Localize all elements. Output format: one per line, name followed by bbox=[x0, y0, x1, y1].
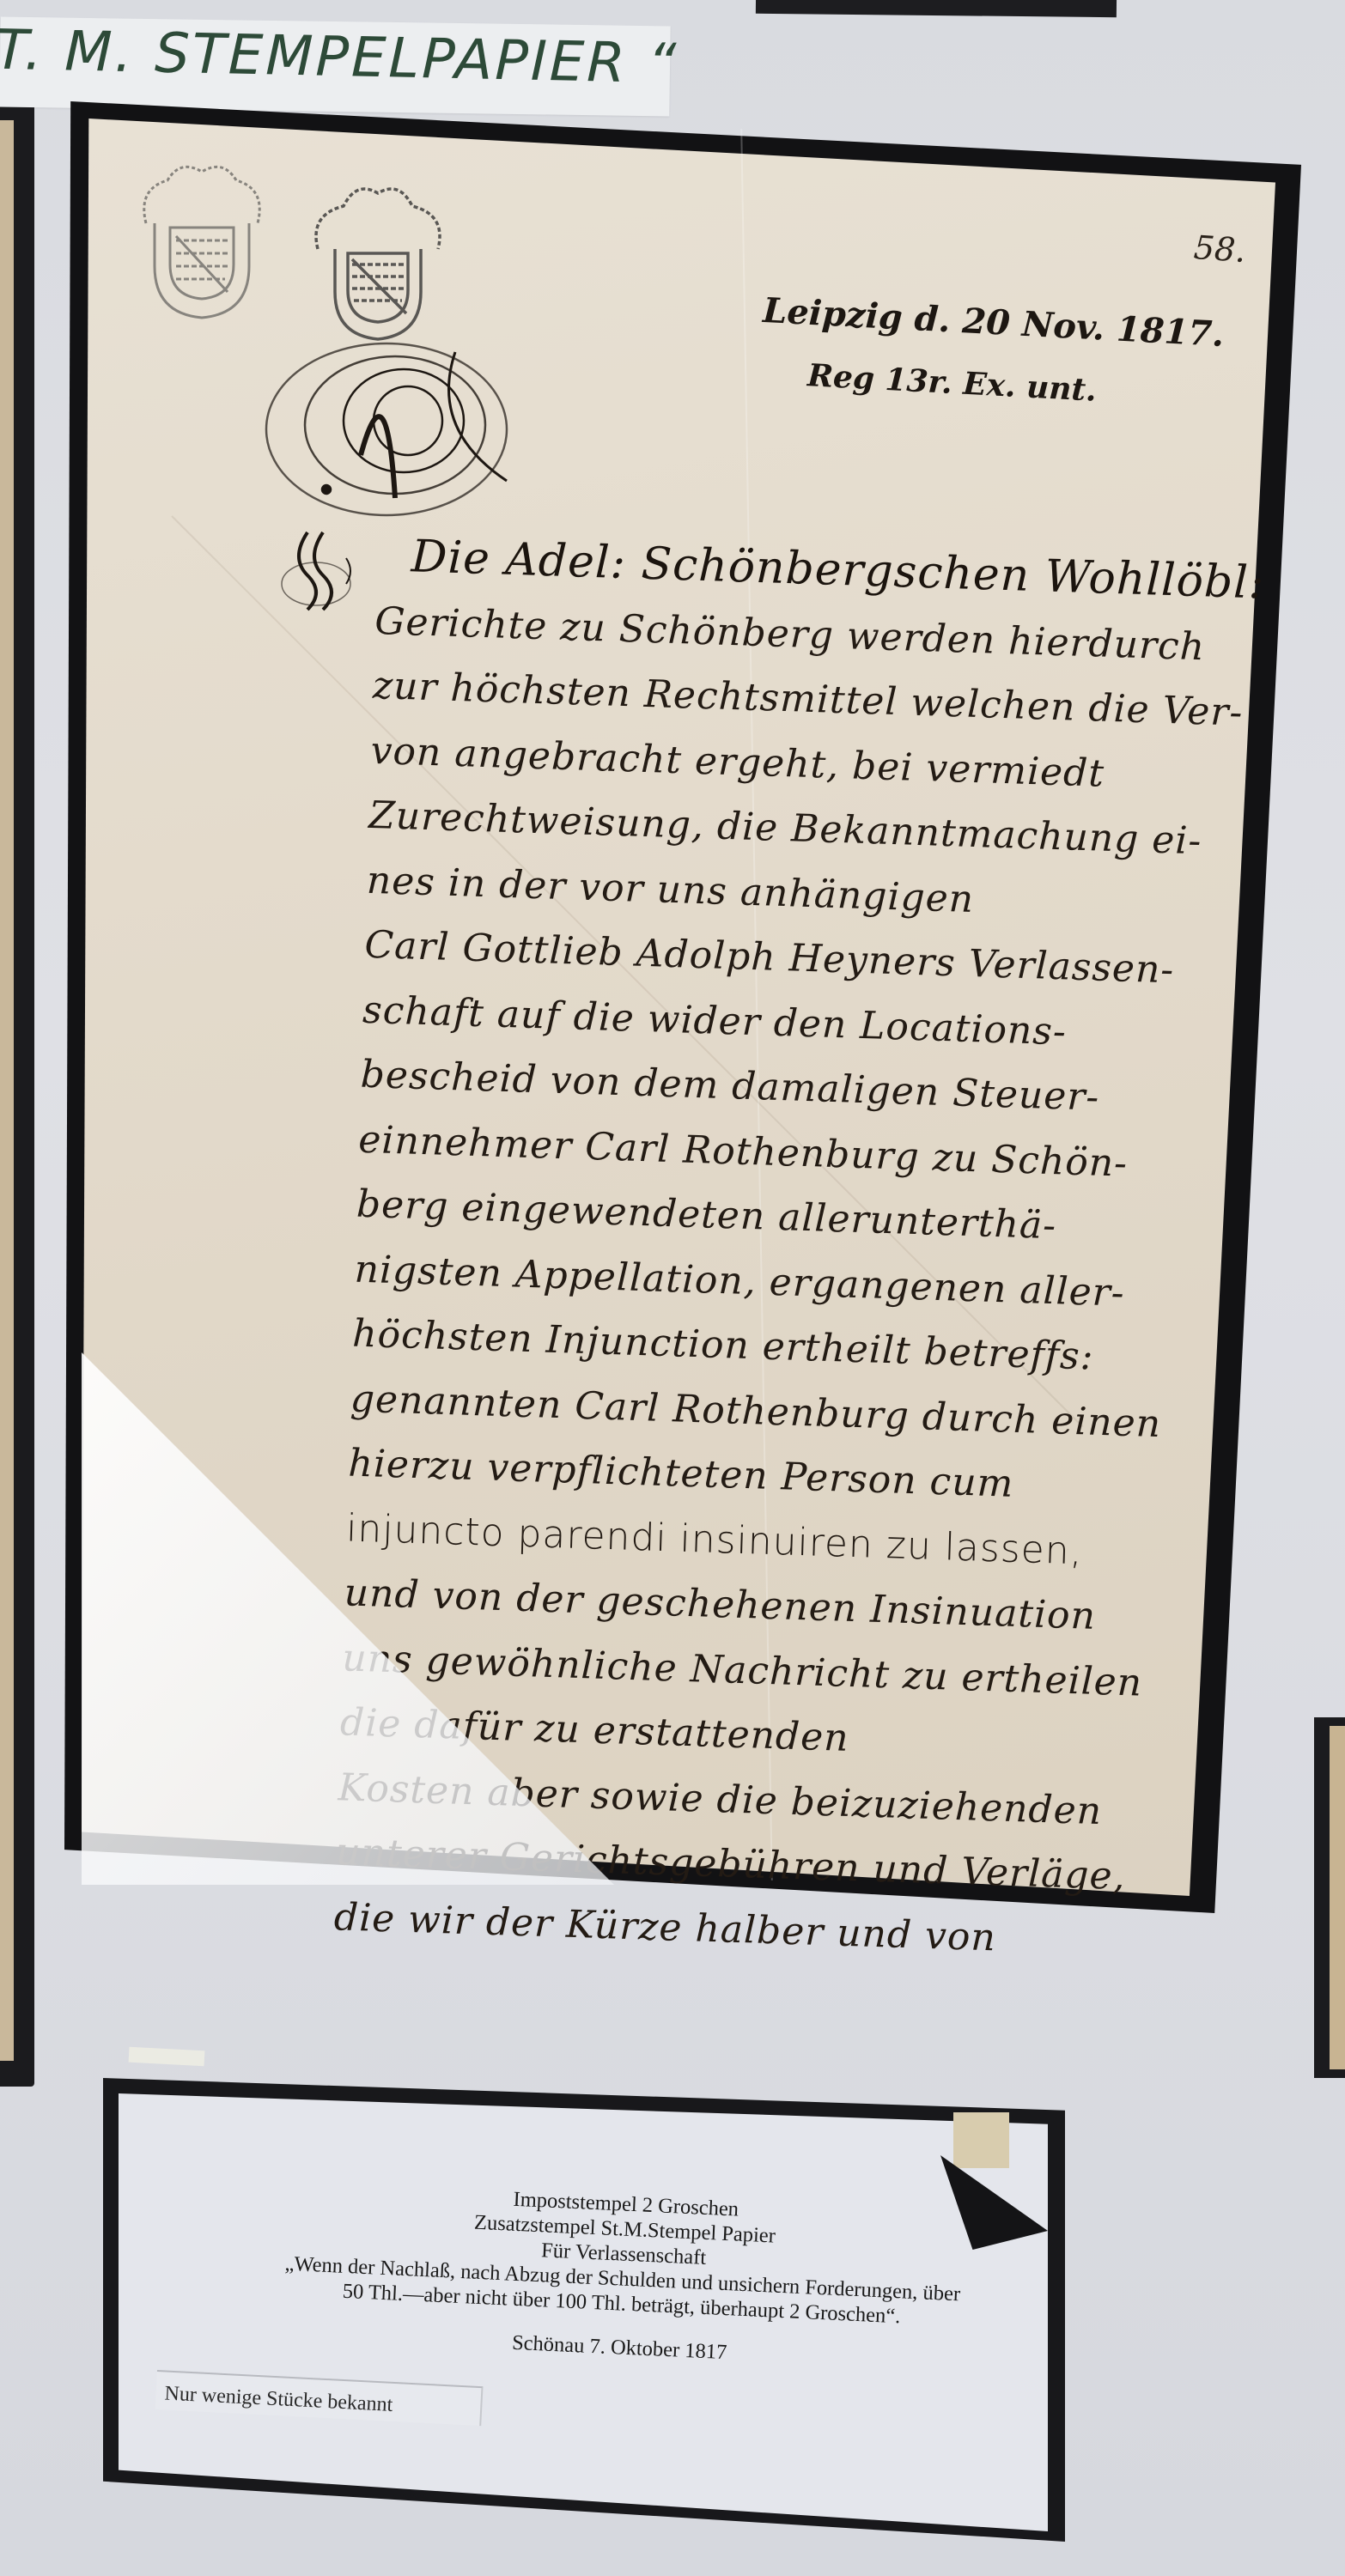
folio-number: 58. bbox=[1193, 228, 1247, 270]
mounting-tab bbox=[129, 2047, 205, 2067]
neighbor-frame-top bbox=[756, 0, 1117, 17]
caption-card-corner-mount bbox=[953, 2112, 1009, 2168]
calligraphic-flourish-icon bbox=[258, 326, 524, 532]
neighbor-document-right bbox=[1330, 1726, 1345, 2069]
calligraphic-initial-icon bbox=[273, 524, 376, 618]
neighbor-document-left bbox=[0, 120, 14, 2061]
coat-of-arms-seal-icon bbox=[129, 155, 275, 326]
